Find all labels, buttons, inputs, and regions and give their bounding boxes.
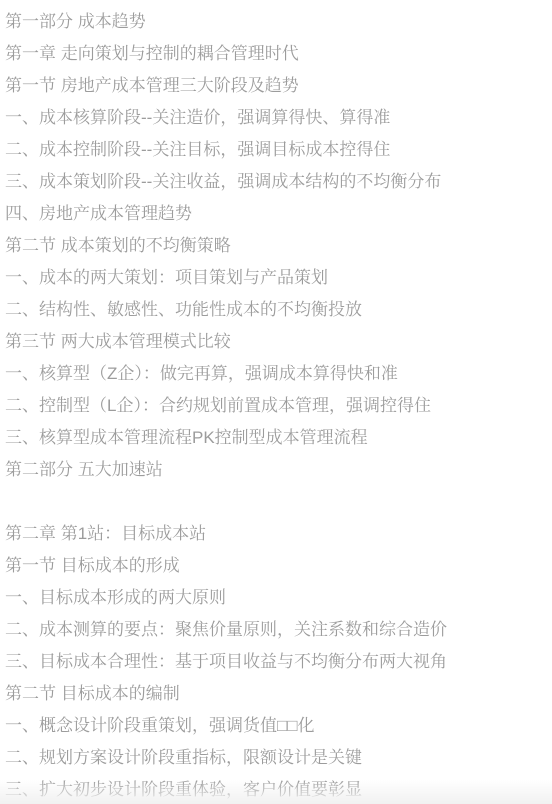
toc-line: 第一节 目标成本的形成 bbox=[5, 550, 548, 582]
toc-line: 一、核算型（Z企）：做完再算，强调成本算得快和准 bbox=[5, 358, 548, 390]
toc-line: 第二部分 五大加速站 bbox=[5, 454, 548, 486]
toc-line: 第二节 目标成本的编制 bbox=[5, 678, 548, 710]
toc-list: 第一部分 成本趋势第一章 走向策划与控制的耦合管理时代第一节 房地产成本管理三大… bbox=[0, 0, 552, 804]
toc-line: 一、成本的两大策划：项目策划与产品策划 bbox=[5, 262, 548, 294]
toc-line: 三、目标成本合理性：基于项目收益与不均衡分布两大视角 bbox=[5, 646, 548, 678]
toc-line: 三、核算型成本管理流程PK控制型成本管理流程 bbox=[5, 422, 548, 454]
toc-line: 第一部分 成本趋势 bbox=[5, 6, 548, 38]
toc-line: 二、控制型（L企）：合约规划前置成本管理，强调控得住 bbox=[5, 390, 548, 422]
toc-line: 第二节 成本策划的不均衡策略 bbox=[5, 230, 548, 262]
toc-line: 第一节 房地产成本管理三大阶段及趋势 bbox=[5, 70, 548, 102]
toc-line: 四、房地产成本管理趋势 bbox=[5, 198, 548, 230]
document-page: 第一部分 成本趋势第一章 走向策划与控制的耦合管理时代第一节 房地产成本管理三大… bbox=[0, 0, 552, 804]
toc-line: 一、概念设计阶段重策划，强调货值□□化 bbox=[5, 710, 548, 742]
toc-line: 二、结构性、敏感性、功能性成本的不均衡投放 bbox=[5, 294, 548, 326]
toc-line bbox=[5, 486, 548, 518]
toc-line: 二、成本控制阶段--关注目标，强调目标成本控得住 bbox=[5, 134, 548, 166]
toc-line: 二、规划方案设计阶段重指标，限额设计是关键 bbox=[5, 742, 548, 774]
toc-line: 第二章 第1站：目标成本站 bbox=[5, 518, 548, 550]
toc-line: 一、目标成本形成的两大原则 bbox=[5, 582, 548, 614]
toc-line: 一、成本核算阶段--关注造价，强调算得快、算得准 bbox=[5, 102, 548, 134]
toc-line: 三、成本策划阶段--关注收益，强调成本结构的不均衡分布 bbox=[5, 166, 548, 198]
toc-line: 第一章 走向策划与控制的耦合管理时代 bbox=[5, 38, 548, 70]
toc-line: 二、成本测算的要点：聚焦价量原则，关注系数和综合造价 bbox=[5, 614, 548, 646]
toc-line: 三、扩大初步设计阶段重体验，客户价值要彰显 bbox=[5, 774, 548, 804]
toc-line: 第三节 两大成本管理模式比较 bbox=[5, 326, 548, 358]
